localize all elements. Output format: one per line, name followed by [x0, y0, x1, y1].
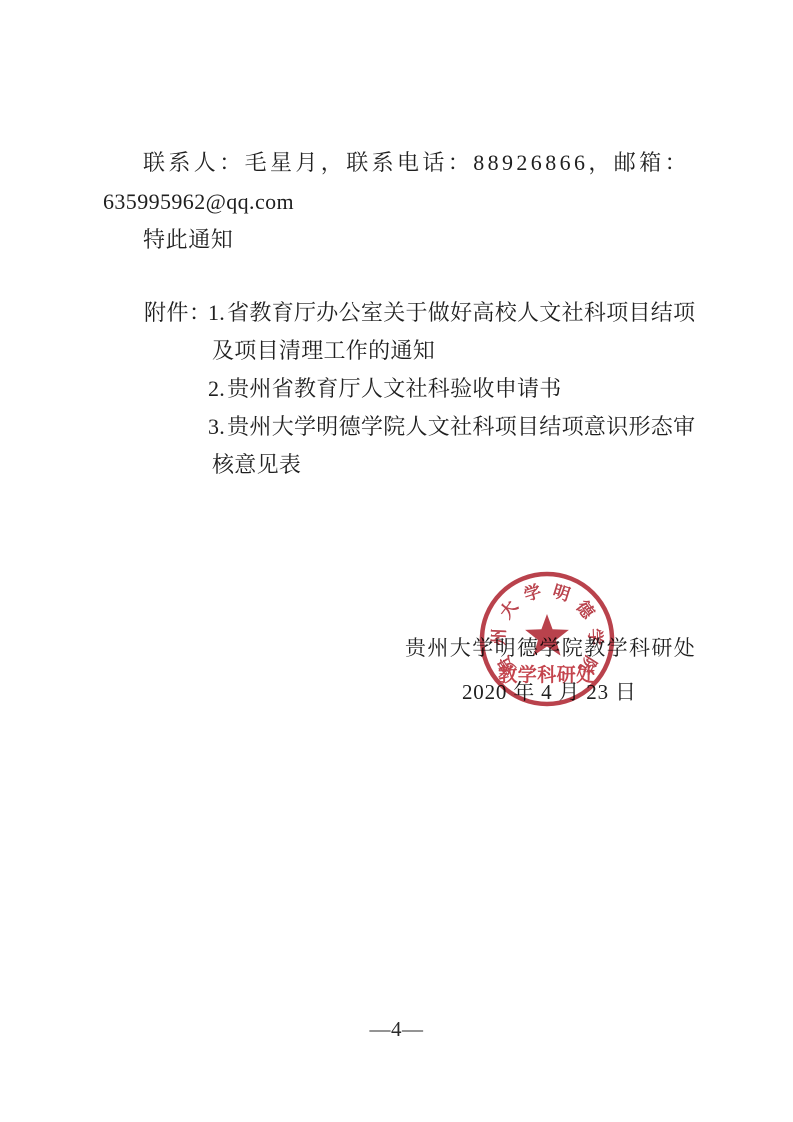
- attachment-item-1: 1.省教育厅办公室关于做好高校人文社科项目结项: [208, 302, 695, 324]
- attachment-item-3: 3.贵州大学明德学院人文社科项目结项意识形态审: [208, 416, 695, 438]
- svg-text:德: 德: [572, 597, 599, 623]
- svg-text:大: 大: [495, 597, 521, 623]
- attachment-number: 2.: [208, 376, 227, 401]
- document-page: 联系人：毛星月，联系电话：88926866，邮箱： 635995962@qq.c…: [0, 0, 793, 1122]
- attachment-number: 3.: [208, 414, 227, 439]
- attachment-item-3-continued: 核意见表: [212, 454, 301, 476]
- attachment-item-2: 2.贵州省教育厅人文社科验收申请书: [208, 378, 562, 400]
- attachment-item-1-continued: 及项目清理工作的通知: [212, 340, 435, 362]
- seal-ring-text: 贵州大学明德学院: [489, 581, 606, 678]
- svg-text:学: 学: [521, 581, 543, 605]
- attachment-number: 1.: [208, 300, 227, 325]
- page-number: —4—: [0, 1019, 793, 1040]
- contact-line: 联系人：毛星月，联系电话：88926866，邮箱：: [143, 152, 690, 174]
- attachment-label: 附件：: [144, 302, 212, 324]
- date-line: 2020 年 4 月 23 日: [462, 682, 637, 703]
- svg-text:明: 明: [550, 582, 572, 605]
- signature-line: 贵州大学明德学院教学科研处: [405, 638, 696, 659]
- attachment-text: 贵州省教育厅人文社科验收申请书: [227, 376, 562, 401]
- notice-line: 特此通知: [143, 229, 233, 251]
- attachment-text: 省教育厅办公室关于做好高校人文社科项目结项: [227, 300, 695, 325]
- attachment-text: 贵州大学明德学院人文社科项目结项意识形态审: [227, 414, 695, 439]
- contact-email: 635995962@qq.com: [103, 191, 294, 213]
